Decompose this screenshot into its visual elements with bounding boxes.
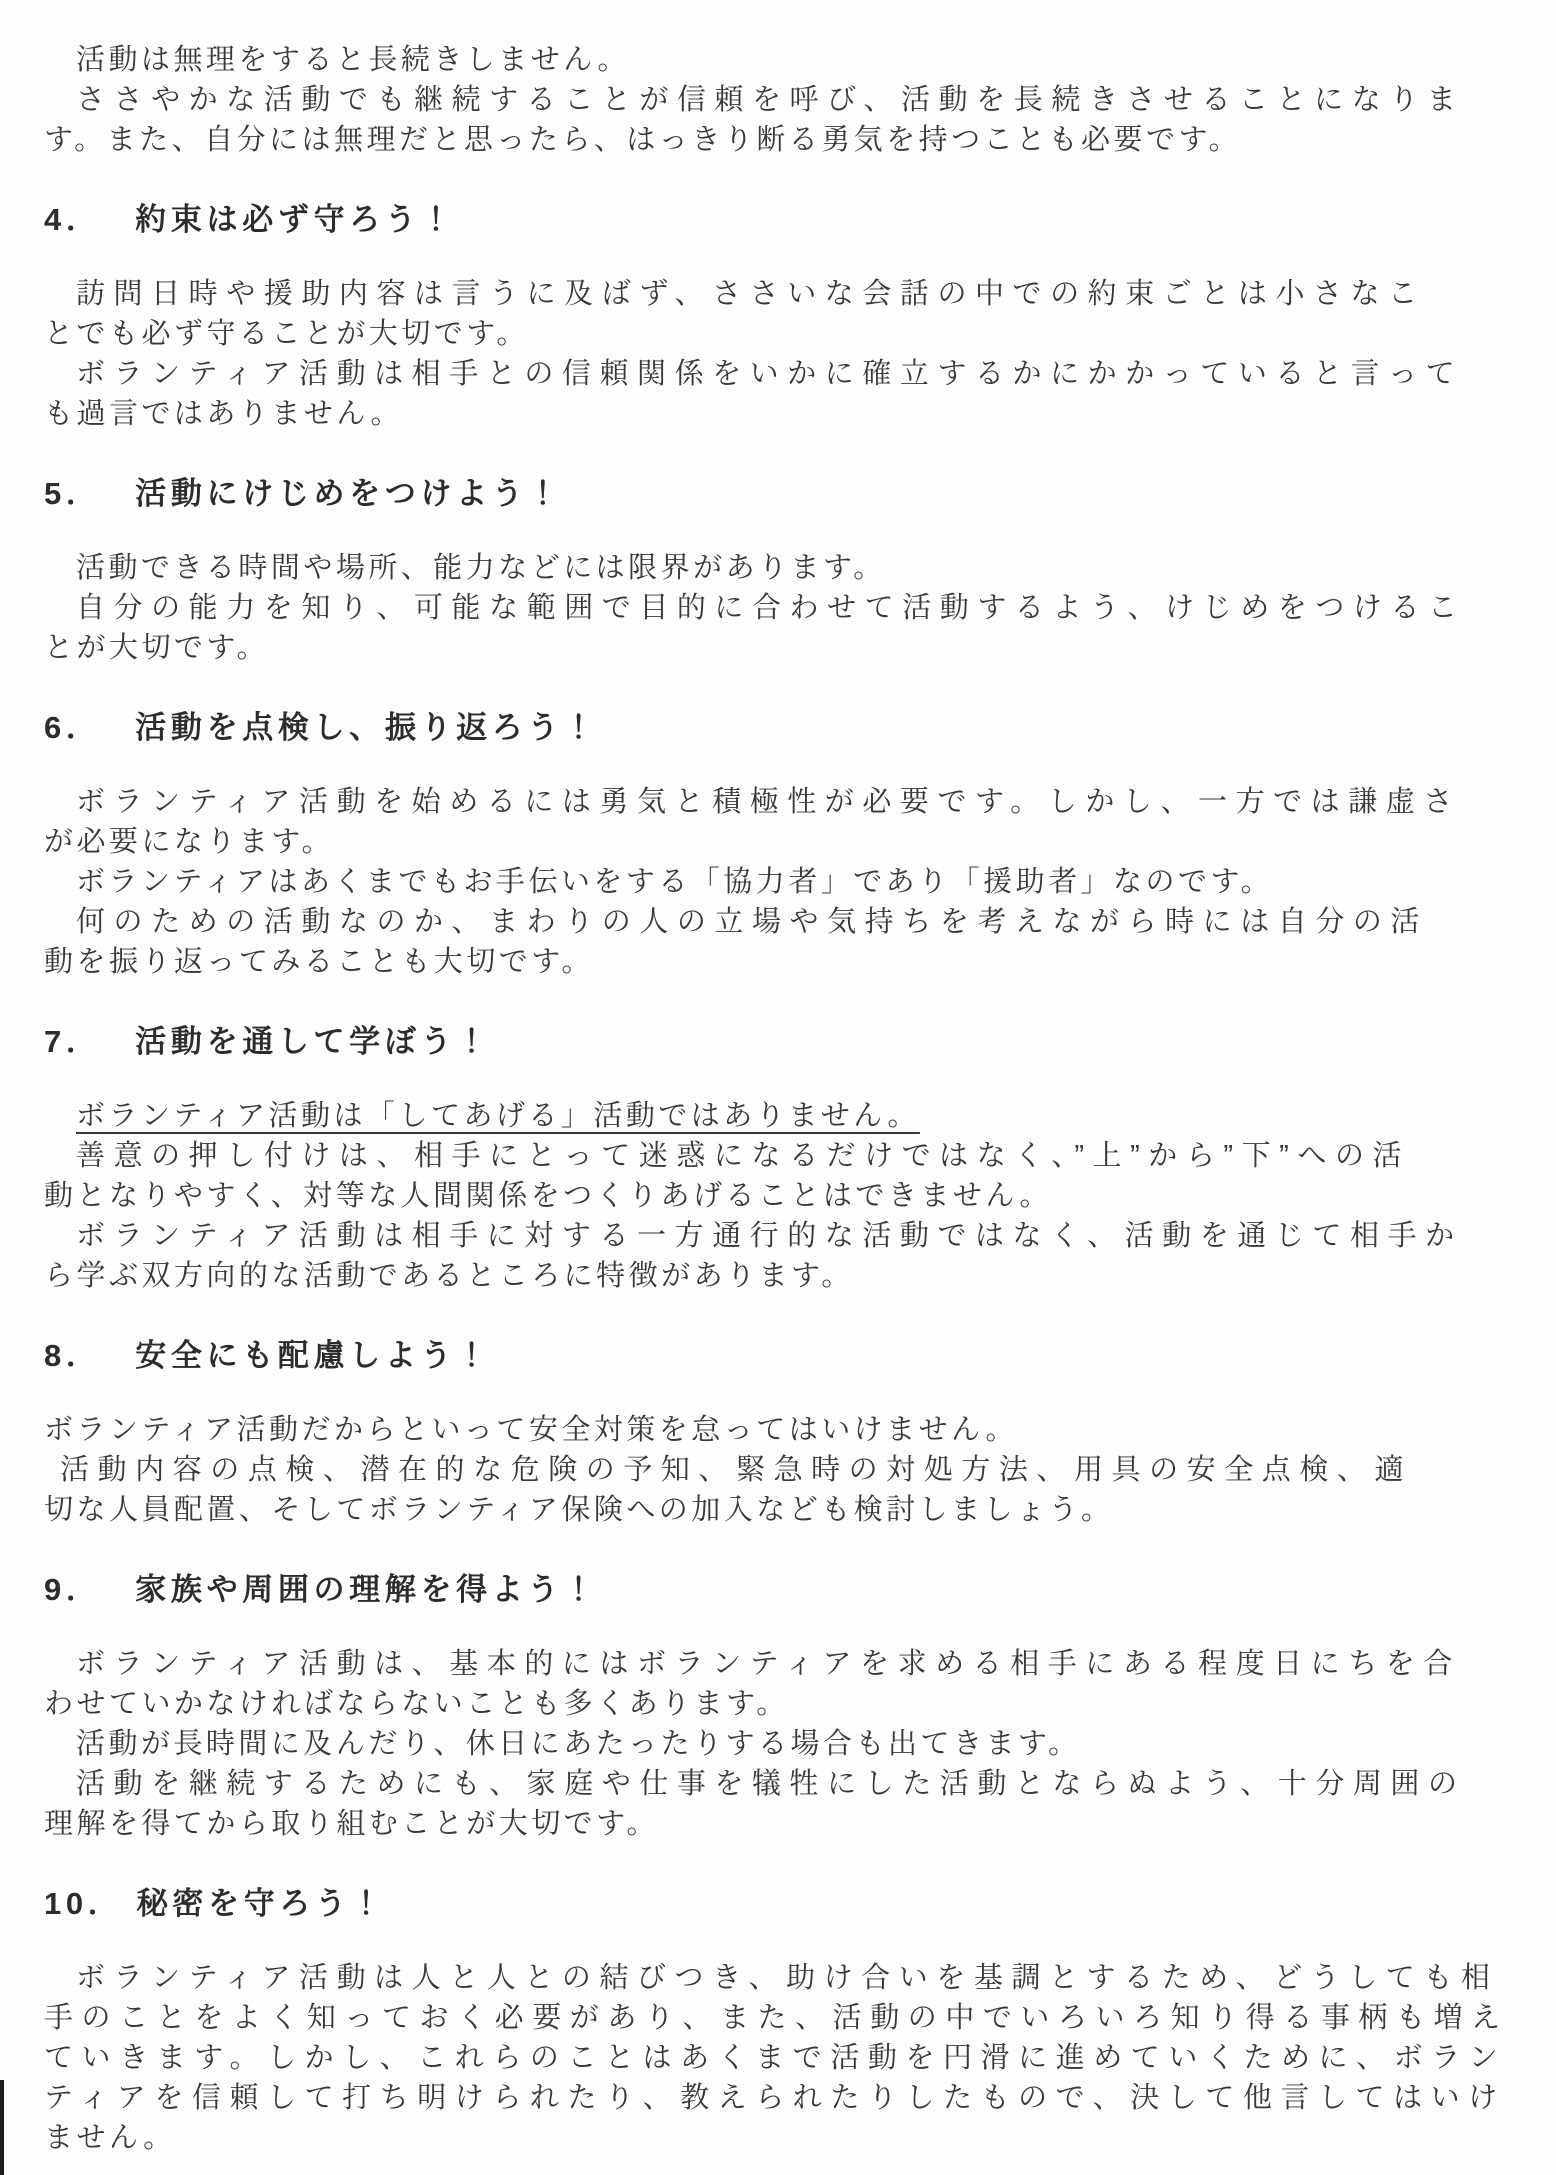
section-body: ボランティア活動だからといって安全対策を怠ってはいけません。活動内容の点検、潜在…: [44, 1410, 1528, 1530]
section-heading: 9． 家族や周囲の理解を得よう！: [44, 1570, 1528, 1610]
text-line: も過言ではありません。: [44, 394, 1528, 434]
section-heading: 5． 活動にけじめをつけよう！: [44, 474, 1528, 514]
text-line: ボランティア活動は「してあげる」活動ではありません。: [44, 1096, 1528, 1136]
text-line: ティアを信頼して打ち明けられたり、教えられたりしたもので、決して他言してはいけ: [44, 2078, 1528, 2118]
section: 8． 安全にも配慮しよう！ ボランティア活動だからといって安全対策を怠ってはいけ…: [44, 1336, 1528, 1530]
section: 7． 活動を通して学ぼう！ ボランティア活動は「してあげる」活動ではありません。…: [44, 1022, 1528, 1296]
text-line: 活動を継続するためにも、家庭や仕事を犠牲にした活動とならぬよう、十分周囲の: [44, 1764, 1528, 1804]
text-line: ボランティア活動を始めるには勇気と積極性が必要です。しかし、一方では謙虚さ: [44, 782, 1528, 822]
text-line: 何のための活動なのか、まわりの人の立場や気持ちを考えながら時には自分の活: [44, 902, 1528, 942]
section-title: 安全にも配慮しよう！: [135, 1338, 492, 1373]
text-line: す。また、自分には無理だと思ったら、はっきり断る勇気を持つことも必要です。: [44, 120, 1528, 160]
text-line: ボランティアはあくまでもお手伝いをする「協力者」であり「援助者」なのです。: [44, 862, 1528, 902]
text-line: 活動が長時間に及んだり、休日にあたったりする場合も出てきます。: [44, 1724, 1528, 1764]
text-line: 理解を得てから取り組むことが大切です。: [44, 1804, 1528, 1844]
section-heading: 4． 約束は必ず守ろう！: [44, 200, 1528, 240]
section-title: 活動を点検し、振り返ろう！: [135, 710, 598, 745]
text-line: 動を振り返ってみることも大切です。: [44, 942, 1528, 982]
sections-container: 4． 約束は必ず守ろう！ 訪問日時や援助内容は言うに及ばず、ささいな会話の中での…: [44, 200, 1528, 2158]
text-line: 切な人員配置、そしてボランティア保険への加入なども検討しましょう。: [44, 1490, 1528, 1530]
text-line: 活動内容の点検、潜在的な危険の予知、緊急時の対処方法、用具の安全点検、適: [44, 1450, 1528, 1490]
section: 9． 家族や周囲の理解を得よう！ ボランティア活動は、基本的にはボランティアを求…: [44, 1570, 1528, 1844]
text-line: ボランティア活動だからといって安全対策を怠ってはいけません。: [44, 1410, 1528, 1450]
text-line: とが大切です。: [44, 628, 1528, 668]
section-title: 家族や周囲の理解を得よう！: [135, 1572, 598, 1607]
section: 4． 約束は必ず守ろう！ 訪問日時や援助内容は言うに及ばず、ささいな会話の中での…: [44, 200, 1528, 434]
text-line: 手のことをよく知っておく必要があり、また、活動の中でいろいろ知り得る事柄も増え: [44, 1998, 1528, 2038]
text-line: が必要になります。: [44, 822, 1528, 862]
text-line: ボランティア活動は相手に対する一方通行的な活動ではなく、活動を通じて相手か: [44, 1216, 1528, 1256]
section-heading: 7． 活動を通して学ぼう！: [44, 1022, 1528, 1062]
text-line: ボランティア活動は、基本的にはボランティアを求める相手にある程度日にちを合: [44, 1644, 1528, 1684]
section-number: 8．: [44, 1336, 122, 1376]
text-line: わせていかなければならないことも多くあります。: [44, 1684, 1528, 1724]
text-line: ら学ぶ双方向的な活動であるところに特徴があります。: [44, 1256, 1528, 1296]
section-body: 活動できる時間や場所、能力などには限界があります。自分の能力を知り、可能な範囲で…: [44, 548, 1528, 668]
section-title: 活動を通して学ぼう！: [135, 1024, 492, 1059]
text-line: ボランティア活動は人と人との結びつき、助け合いを基調とするため、どうしても相: [44, 1958, 1528, 1998]
scanned-document-page: 活動は無理をすると長続きしません。ささやかな活動でも継続することが信頼を呼び、活…: [0, 0, 1556, 2175]
section-body: ボランティア活動は人と人との結びつき、助け合いを基調とするため、どうしても相手の…: [44, 1958, 1528, 2158]
scan-artifact-line: [0, 2080, 4, 2175]
section: 10． 秘密を守ろう！ ボランティア活動は人と人との結びつき、助け合いを基調とす…: [44, 1884, 1528, 2158]
section-heading: 10． 秘密を守ろう！: [44, 1884, 1528, 1924]
text-line: 活動は無理をすると長続きしません。: [44, 40, 1528, 80]
section-title: 秘密を守ろう！: [137, 1886, 387, 1921]
intro-paragraph: 活動は無理をすると長続きしません。ささやかな活動でも継続することが信頼を呼び、活…: [44, 40, 1528, 160]
text-line: 動となりやすく、対等な人間関係をつくりあげることはできません。: [44, 1176, 1528, 1216]
text-line: ません。: [44, 2118, 1528, 2158]
section-body: 訪問日時や援助内容は言うに及ばず、ささいな会話の中での約束ごとは小さなことでも必…: [44, 274, 1528, 434]
section-heading: 8． 安全にも配慮しよう！: [44, 1336, 1528, 1376]
section-number: 6．: [44, 708, 122, 748]
section-number: 5．: [44, 474, 122, 514]
section-heading: 6． 活動を点検し、振り返ろう！: [44, 708, 1528, 748]
section-body: ボランティア活動は「してあげる」活動ではありません。善意の押し付けは、相手にとっ…: [44, 1096, 1528, 1296]
section-number: 4．: [44, 200, 122, 240]
section-number: 10．: [44, 1884, 123, 1924]
text-line: ボランティア活動は相手との信頼関係をいかに確立するかにかかっていると言って: [44, 354, 1528, 394]
text-line: とでも必ず守ることが大切です。: [44, 314, 1528, 354]
text-line: ささやかな活動でも継続することが信頼を呼び、活動を長続きさせることになりま: [44, 80, 1528, 120]
section-title: 活動にけじめをつけよう！: [135, 476, 563, 511]
section-number: 9．: [44, 1570, 122, 1610]
section: 6． 活動を点検し、振り返ろう！ ボランティア活動を始めるには勇気と積極性が必要…: [44, 708, 1528, 982]
section-body: ボランティア活動を始めるには勇気と積極性が必要です。しかし、一方では謙虚さが必要…: [44, 782, 1528, 982]
text-line: 自分の能力を知り、可能な範囲で目的に合わせて活動するよう、けじめをつけるこ: [44, 588, 1528, 628]
section-title: 約束は必ず守ろう！: [135, 202, 456, 237]
text-line: 活動できる時間や場所、能力などには限界があります。: [44, 548, 1528, 588]
section-body: ボランティア活動は、基本的にはボランティアを求める相手にある程度日にちを合わせて…: [44, 1644, 1528, 1844]
text-line: 善意の押し付けは、相手にとって迷惑になるだけではなく、”上”から”下”への活: [44, 1136, 1528, 1176]
section: 5． 活動にけじめをつけよう！ 活動できる時間や場所、能力などには限界があります…: [44, 474, 1528, 668]
section-number: 7．: [44, 1022, 122, 1062]
text-line: 訪問日時や援助内容は言うに及ばず、ささいな会話の中での約束ごとは小さなこ: [44, 274, 1528, 314]
text-line: ていきます。しかし、これらのことはあくまで活動を円滑に進めていくために、ボラン: [44, 2038, 1528, 2078]
